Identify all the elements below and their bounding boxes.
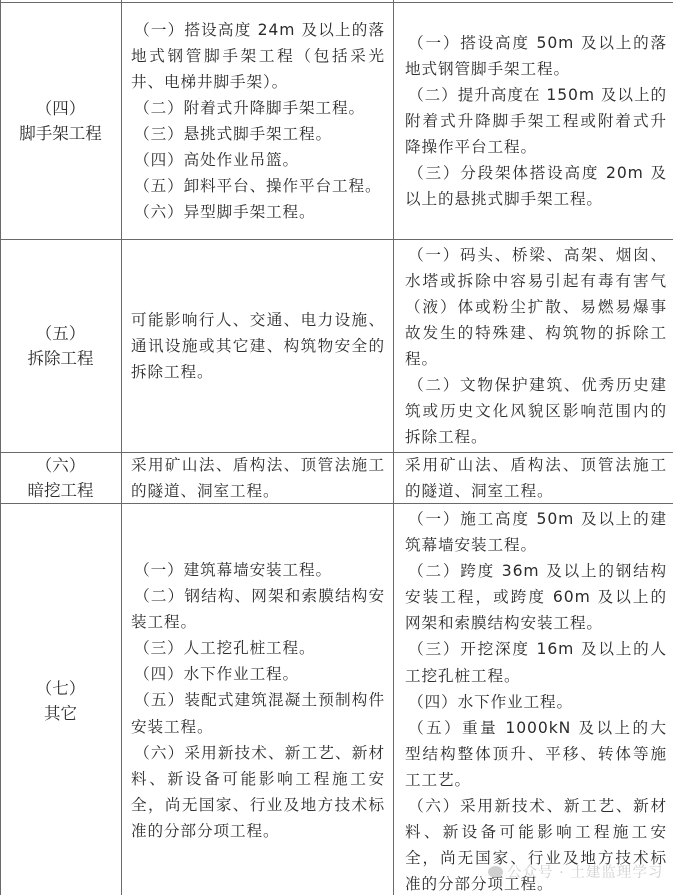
scope-cell-other: （一）建筑幕墙安装工程。 （二）钢结构、网架和索膜结构安装工程。 （三）人工挖孔… xyxy=(121,504,393,895)
major-scope-item: （五）重量 1000kN 及以上的大型结构整体顶升、平移、转体等施工工艺。 xyxy=(405,715,667,793)
wechat-icon xyxy=(488,866,503,878)
scope-item: （二）钢结构、网架和索膜结构安装工程。 xyxy=(131,583,385,635)
scope-item: （四）高处作业吊篮。 xyxy=(131,147,385,173)
major-scope-cell-tunneling: 采用矿山法、盾构法、顶管法施工的隧道、洞室工程。 xyxy=(393,453,673,503)
major-scope-item: （一）码头、桥梁、高架、烟囱、水塔或拆除中容易引起有毒有害气（液）体或粉尘扩散、… xyxy=(405,242,667,372)
watermark-text: 公众号 · 土建监理学习 xyxy=(507,861,663,882)
scope-item: （五）装配式建筑混凝土预制构件安装工程。 xyxy=(131,687,385,739)
hazard-classification-table: （四） 脚手架工程 （一）搭设高度 24m 及以上的落地式钢管脚手架工程（包括采… xyxy=(0,0,673,895)
category-name: 暗挖工程 xyxy=(28,478,94,503)
scope-item: 采用矿山法、盾构法、顶管法施工的隧道、洞室工程。 xyxy=(131,452,385,504)
category-name: 拆除工程 xyxy=(28,346,94,371)
scope-item: （六）异型脚手架工程。 xyxy=(131,199,385,225)
scope-item: （三）人工挖孔桩工程。 xyxy=(131,635,385,661)
scope-item: （五）卸料平台、操作平台工程。 xyxy=(131,173,385,199)
scope-cell-tunneling: 采用矿山法、盾构法、顶管法施工的隧道、洞室工程。 xyxy=(121,453,393,503)
major-scope-item: （二）提升高度在 150m 及以上的附着式升降脚手架工程或附着式升降操作平台工程… xyxy=(405,82,667,160)
category-number: （六） xyxy=(36,453,86,478)
scope-item: （二）附着式升降脚手架工程。 xyxy=(131,95,385,121)
category-cell-demolition: （五） 拆除工程 xyxy=(0,240,121,452)
scope-item: （六）采用新技术、新工艺、新材料、新设备可能影响工程施工安全，尚无国家、行业及地… xyxy=(131,740,385,844)
category-name: 脚手架工程 xyxy=(19,121,102,146)
category-cell-tunneling: （六） 暗挖工程 xyxy=(0,453,121,503)
scope-item: （一）建筑幕墙安装工程。 xyxy=(131,557,385,583)
major-scope-item: （二）跨度 36m 及以上的钢结构安装工程，或跨度 60m 及以上的网架和索膜结… xyxy=(405,558,667,636)
category-cell-other: （七） 其它 xyxy=(0,504,121,895)
major-scope-cell-scaffolding: （一）搭设高度 50m 及以上的落地式钢管脚手架工程。 （二）提升高度在 150… xyxy=(393,3,673,239)
major-scope-item: 采用矿山法、盾构法、顶管法施工的隧道、洞室工程。 xyxy=(405,452,667,504)
category-number: （七） xyxy=(36,676,86,701)
scope-item: （四）水下作业工程。 xyxy=(131,661,385,687)
scope-item: （三）悬挑式脚手架工程。 xyxy=(131,121,385,147)
category-cell-scaffolding: （四） 脚手架工程 xyxy=(0,3,121,239)
major-scope-cell-other: （一）施工高度 50m 及以上的建筑幕墙安装工程。 （二）跨度 36m 及以上的… xyxy=(393,504,673,895)
watermark: 公众号 · 土建监理学习 xyxy=(488,861,663,882)
major-scope-item: （二）文物保护建筑、优秀历史建筑或历史文化风貌区影响范围内的拆除工程。 xyxy=(405,372,667,450)
scope-item: （一）搭设高度 24m 及以上的落地式钢管脚手架工程（包括采光井、电梯井脚手架）… xyxy=(131,17,385,95)
major-scope-item: （一）搭设高度 50m 及以上的落地式钢管脚手架工程。 xyxy=(405,30,667,82)
major-scope-item: （三）分段架体搭设高度 20m 及以上的悬挑式脚手架工程。 xyxy=(405,160,667,212)
major-scope-cell-demolition: （一）码头、桥梁、高架、烟囱、水塔或拆除中容易引起有毒有害气（液）体或粉尘扩散、… xyxy=(393,240,673,452)
scope-cell-scaffolding: （一）搭设高度 24m 及以上的落地式钢管脚手架工程（包括采光井、电梯井脚手架）… xyxy=(121,3,393,239)
major-scope-item: （四）水下作业工程。 xyxy=(405,689,667,715)
category-name: 其它 xyxy=(44,701,77,726)
scope-cell-demolition: 可能影响行人、交通、电力设施、通讯设施或其它建、构筑物安全的拆除工程。 xyxy=(121,240,393,452)
major-scope-item: （一）施工高度 50m 及以上的建筑幕墙安装工程。 xyxy=(405,506,667,558)
category-number: （五） xyxy=(36,321,86,346)
major-scope-item: （三）开挖深度 16m 及以上的人工挖孔桩工程。 xyxy=(405,636,667,688)
scope-item: 可能影响行人、交通、电力设施、通讯设施或其它建、构筑物安全的拆除工程。 xyxy=(131,307,385,385)
category-number: （四） xyxy=(36,96,86,121)
